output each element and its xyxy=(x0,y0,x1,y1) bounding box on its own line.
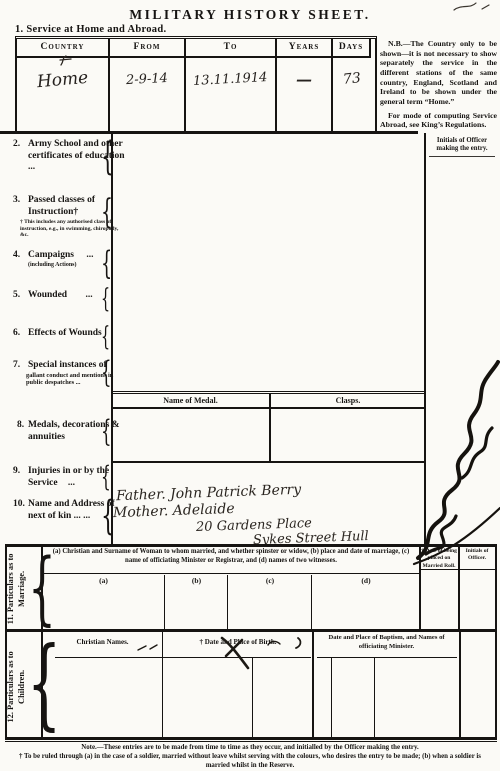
brace-item-5: { xyxy=(101,286,110,312)
service-table: Country From To Years Days Home 2-9-14 1… xyxy=(15,36,377,134)
brace-children: { xyxy=(27,635,61,733)
item-dots: ... xyxy=(85,290,92,300)
item-number: 6. xyxy=(13,328,20,340)
next-of-kin-mother: Mother. Adelaide xyxy=(113,501,235,521)
item-label: Effects of Wounds xyxy=(28,328,102,338)
officer-signature xyxy=(412,358,500,568)
medal-clasps-header: Clasps. xyxy=(271,394,425,409)
brace-item-2: { xyxy=(101,137,114,175)
item-dots: ... ... xyxy=(74,511,91,521)
item-label: Campaigns xyxy=(28,250,74,260)
item-label: Passed classes of Instruction† xyxy=(28,195,95,217)
rule-marriage-top xyxy=(5,544,497,547)
cell-country: Home xyxy=(17,58,110,134)
medal-name-header: Name of Medal. xyxy=(112,394,269,409)
col-header-to: To xyxy=(186,39,277,58)
married-roll-underline xyxy=(420,569,458,570)
marriage-header: (a) Christian and Surname of Woman to wh… xyxy=(45,548,417,566)
cell-to: 13.11.1914 xyxy=(186,58,277,134)
item-number: 5. xyxy=(13,290,20,302)
children-side-label: 12. Particulars as to Children. xyxy=(6,642,28,732)
brace-item-3: { xyxy=(101,195,113,229)
marriage-divider-c xyxy=(311,575,312,630)
cell-days: 73 xyxy=(333,58,371,134)
initials-officer-header: Initials of Officer making the entry. xyxy=(429,137,495,157)
item-dots: ... xyxy=(28,162,35,172)
item-number: 8. xyxy=(17,420,24,432)
handwritten-years-dash: — xyxy=(296,70,312,89)
footer-notes: Note.—These entries are to be made from … xyxy=(10,744,490,771)
children-header-underline-2 xyxy=(317,657,457,658)
brace-item-9: { xyxy=(101,463,111,491)
military-history-sheet: MILITARY HISTORY SHEET. 1. Service at Ho… xyxy=(0,0,500,771)
col-header-days: Days xyxy=(333,39,371,58)
children-baptism-sub2 xyxy=(374,658,375,739)
marriage-side-label: 11. Particulars as to Marriage. xyxy=(6,546,28,632)
col-header-from: From xyxy=(110,39,186,58)
handwritten-country: Home xyxy=(36,68,89,92)
marriage-initials-header: Initials of Officer. xyxy=(460,548,494,563)
marriage-col-a: (a) xyxy=(42,576,165,585)
marriage-col-d: (d) xyxy=(312,576,420,585)
brace-item-8: { xyxy=(101,417,112,447)
corner-pen-mark xyxy=(452,0,492,14)
section-1-label: 1. Service at Home and Abroad. xyxy=(15,24,166,35)
marriage-side-label-line1: 11. Particulars as to xyxy=(6,546,17,632)
marriage-col-c: (c) xyxy=(228,576,312,585)
item-label: Wounded xyxy=(28,290,67,300)
marriage-side-label-line2: Marriage. xyxy=(17,546,28,632)
marriage-header-underline xyxy=(42,573,420,574)
rule-bottom-heavy xyxy=(5,737,497,740)
marriage-initials-underline xyxy=(459,569,495,570)
children-baptism-header: Date and Place of Baptism, and Names of … xyxy=(315,634,458,651)
marriage-divider-a xyxy=(164,575,165,630)
crossout-pen-marks xyxy=(130,632,330,672)
brace-item-4: { xyxy=(101,247,112,279)
medal-table: Name of Medal. Clasps. xyxy=(112,391,425,463)
cell-years: — xyxy=(277,58,333,134)
rule-top xyxy=(0,131,418,134)
brace-item-7: { xyxy=(101,358,112,388)
medal-table-divider xyxy=(269,394,271,461)
pen-flourish-mark xyxy=(58,54,74,68)
item-dots: ... xyxy=(86,250,93,260)
marriage-table-left xyxy=(41,544,43,630)
item-number: 9. xyxy=(13,466,20,478)
handwritten-days: 73 xyxy=(342,70,361,88)
cell-from: 2-9-14 xyxy=(110,58,186,134)
children-side-label-line1: 12. Particulars as to xyxy=(6,642,17,732)
handwritten-from-date: 2-9-14 xyxy=(126,71,169,88)
item-number: 7. xyxy=(13,360,20,372)
marriage-col-b: (b) xyxy=(165,576,228,585)
item-number: 2. xyxy=(13,139,20,151)
item-number: 4. xyxy=(13,250,20,262)
item-dots: ... xyxy=(68,478,75,488)
handwritten-to-date: 13.11.1914 xyxy=(193,70,268,89)
rule-bottom-thin xyxy=(5,741,497,742)
col-header-years: Years xyxy=(277,39,333,58)
nb-note: N.B.—The Country only to be shown—it is … xyxy=(380,39,497,134)
footer-note-2: † To be ruled through (a) in the case of… xyxy=(10,753,490,771)
brace-item-6: { xyxy=(101,324,110,350)
marriage-divider-b xyxy=(227,575,228,630)
outer-right-line xyxy=(495,544,497,740)
item-number: 10. xyxy=(13,499,25,511)
page-title: MILITARY HISTORY SHEET. xyxy=(0,7,500,23)
nb-paragraph-2: For mode of computing Service Abroad, se… xyxy=(380,111,497,130)
children-initials-divider xyxy=(459,629,461,739)
item-label: Special instances of xyxy=(28,360,107,370)
item-number: 3. xyxy=(13,195,20,207)
children-baptism-sub1 xyxy=(331,658,332,739)
nb-paragraph-1: N.B.—The Country only to be shown—it is … xyxy=(380,39,497,107)
married-roll-header: † Date of being placed on Married Roll. xyxy=(421,548,457,570)
footer-note-1: Note.—These entries are to be made from … xyxy=(10,744,490,753)
